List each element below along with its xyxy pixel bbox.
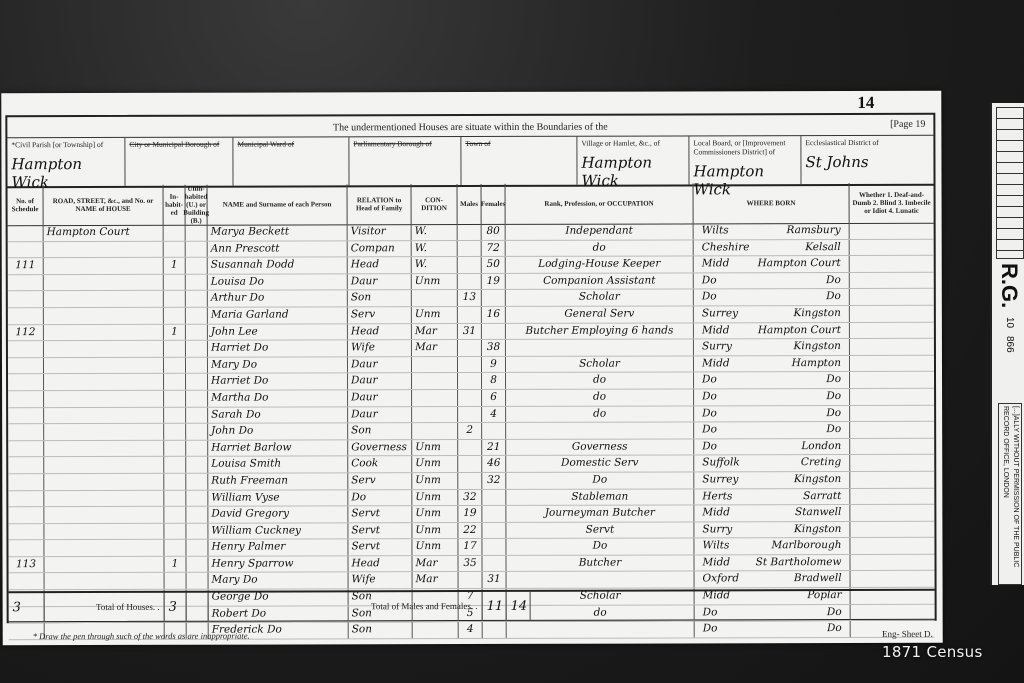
boundary-civil-parish: *Civil Parish [or Township] of Hampton W… — [7, 138, 125, 186]
name-cell: Ann Prescott — [208, 241, 348, 257]
age-male-cell: 32 — [458, 489, 482, 505]
road-cell — [44, 341, 164, 357]
road-cell — [44, 457, 164, 473]
condition-cell: Mar — [412, 324, 458, 340]
col-occupation: Rank, Profession, or OCCUPATION — [506, 183, 694, 223]
age-female-cell — [482, 539, 506, 555]
inhabited-cell — [164, 391, 186, 407]
age-female-cell: 21 — [482, 440, 506, 456]
infirmity-cell — [850, 322, 934, 338]
road-cell — [44, 490, 164, 506]
relation-cell: Governess — [348, 440, 412, 456]
condition-cell: W. — [412, 241, 458, 257]
age-female-cell — [482, 489, 506, 505]
road-cell — [44, 358, 164, 374]
uninhabited-cell — [186, 324, 208, 340]
born-county: Midd — [702, 257, 730, 273]
age-male-cell — [458, 357, 482, 373]
infirmity-cell — [850, 273, 934, 289]
boundary-local-board: Local Board, or [Improvement Commissione… — [689, 136, 801, 184]
infirmity-cell — [850, 356, 934, 372]
occupation-cell: Governess — [506, 439, 694, 455]
born-place: Bradwell — [794, 572, 842, 588]
occupation-cell: Lodging-House Keeper — [506, 257, 694, 273]
schedule-cell: 112 — [8, 325, 44, 341]
infirmity-cell — [850, 372, 934, 388]
age-male-cell — [458, 257, 482, 273]
uninhabited-cell — [186, 341, 208, 357]
born-county: Surrey — [702, 306, 738, 322]
age-female-cell — [483, 622, 507, 638]
infirmity-cell — [850, 239, 934, 255]
born-county: Do — [702, 422, 717, 438]
relation-cell: Head — [348, 556, 412, 572]
where-born-cell: SuffolkCreting — [694, 455, 850, 471]
relation-cell: Compan — [348, 241, 412, 257]
age-female-cell: 80 — [482, 224, 506, 240]
born-county: Midd — [702, 555, 730, 571]
road-cell — [44, 557, 164, 573]
born-place: London — [801, 439, 841, 455]
age-male-cell — [458, 390, 482, 406]
age-female-cell: 8 — [482, 373, 506, 389]
age-male-cell — [458, 224, 482, 240]
sheet-number: 14 — [857, 93, 874, 113]
occupation-cell: Scholar — [506, 290, 694, 306]
where-born-cell: DoDo — [694, 406, 850, 422]
age-male-cell — [458, 274, 482, 290]
born-county: Surrey — [702, 472, 738, 488]
born-county: Oxford — [703, 572, 740, 588]
col-age-males: Males — [458, 184, 482, 224]
condition-cell: Mar — [412, 340, 458, 356]
age-male-cell — [458, 373, 482, 389]
name-cell: Louisa Do — [208, 274, 348, 290]
census-rows: Hampton CourtMarya BeckettVisitorW.80Ind… — [8, 223, 935, 640]
road-cell — [44, 424, 164, 440]
age-female-cell — [482, 290, 506, 306]
schedule-cell — [8, 225, 44, 241]
name-cell: Martha Do — [208, 390, 348, 406]
name-cell: Henry Sparrow — [208, 556, 348, 572]
occupation-cell: Companion Assistant — [506, 273, 694, 289]
occupation-cell: Butcher Employing 6 hands — [506, 323, 694, 339]
inhabited-cell — [164, 275, 186, 291]
schedule-cell — [8, 358, 44, 374]
road-cell — [44, 324, 164, 340]
age-male-cell — [458, 456, 482, 472]
road-cell — [44, 291, 164, 307]
schedule-cell — [8, 457, 44, 473]
col-name: NAME and Surname of each Person — [208, 184, 348, 224]
infirmity-cell — [850, 455, 934, 471]
where-born-cell: DoDo — [694, 389, 850, 405]
inhabited-cell: 1 — [164, 324, 186, 340]
infirmity-cell — [850, 306, 934, 322]
age-male-cell: 2 — [458, 423, 482, 439]
where-born-cell: OxfordBradwell — [695, 571, 851, 587]
inhabited-cell: 1 — [164, 258, 186, 274]
infirmity-cell — [850, 223, 934, 239]
inhabited-cell — [164, 341, 186, 357]
uninhabited-cell — [186, 424, 208, 440]
condition-cell: Unm — [412, 523, 458, 539]
relation-cell: Visitor — [348, 224, 412, 240]
condition-cell: W. — [412, 257, 458, 273]
born-place: Kingston — [793, 306, 840, 322]
uninhabited-cell — [186, 490, 208, 506]
born-county: Midd — [702, 356, 730, 372]
schedule-cell — [8, 540, 44, 556]
inhabited-cell — [164, 357, 186, 373]
where-born-cell: MiddSt Bartholomew — [694, 555, 850, 571]
born-county: Midd — [702, 505, 730, 521]
condition-cell: Unm — [412, 490, 458, 506]
age-female-cell: 19 — [482, 274, 506, 290]
occupation-cell: Domestic Serv — [506, 456, 694, 472]
relation-cell: Daur — [348, 390, 412, 406]
born-place: Do — [826, 422, 841, 438]
relation-cell: Head — [348, 257, 412, 273]
condition-cell — [412, 407, 458, 423]
condition-cell: Mar — [412, 556, 458, 572]
schedule-cell — [8, 408, 44, 424]
where-born-cell: SurreyKingston — [694, 306, 850, 322]
col-road: ROAD, STREET, &c., and No. or NAME of HO… — [44, 185, 164, 225]
infirmity-cell — [850, 521, 934, 537]
schedule-cell — [8, 374, 44, 390]
name-cell: David Gregory — [208, 506, 348, 522]
born-place: Marlborough — [771, 538, 841, 554]
inhabited-cell — [164, 457, 186, 473]
schedule-cell: 111 — [8, 258, 44, 274]
age-male-cell: 13 — [458, 290, 482, 306]
road-cell — [44, 507, 164, 523]
col-relation: RELATION to Head of Family — [348, 184, 412, 224]
infirmity-cell — [850, 505, 934, 521]
infirmity-cell — [851, 571, 935, 587]
name-cell: Ruth Freeman — [208, 473, 348, 489]
footnote: * Draw the pen through such of the words… — [33, 631, 250, 642]
boundary-ecclesiastical: Ecclesiastical District of St Johns — [801, 136, 933, 184]
where-born-cell: WiltsRamsbury — [694, 223, 850, 239]
condition-cell: Unm — [412, 539, 458, 555]
road-cell — [44, 523, 164, 539]
condition-cell — [413, 622, 459, 638]
schedule-cell — [8, 474, 44, 490]
age-female-cell: 6 — [482, 390, 506, 406]
schedule-cell — [8, 275, 44, 291]
occupation-cell: do — [506, 389, 694, 405]
census-page: 14 [Page 19 The undermentioned Houses ar… — [1, 91, 942, 645]
age-female-cell — [482, 523, 506, 539]
born-place: Kelsall — [805, 240, 841, 256]
total-blank — [531, 591, 935, 620]
where-born-cell: MiddHampton — [694, 356, 850, 372]
name-cell: William Cuckney — [208, 523, 348, 539]
condition-cell: Unm — [412, 440, 458, 456]
born-county: Wilts — [702, 539, 729, 555]
boundaries-row: *Civil Parish [or Township] of Hampton W… — [7, 135, 933, 188]
name-cell: Sarah Do — [208, 407, 348, 423]
occupation-cell: Butcher — [506, 555, 694, 571]
occupation-cell: Stableman — [506, 489, 694, 505]
uninhabited-cell — [186, 241, 208, 257]
occupation-cell: do — [506, 373, 694, 389]
inhabited-cell — [164, 540, 186, 556]
inhabited-cell — [164, 523, 186, 539]
col-where-born: WHERE BORN — [694, 183, 850, 223]
name-cell: Marya Beckett — [208, 224, 348, 240]
total-houses-value: 3 — [165, 593, 187, 621]
born-place: Ramsbury — [786, 223, 840, 239]
born-place: Do — [827, 621, 842, 637]
uninhabited-cell — [187, 573, 209, 589]
where-born-cell: SurreyKingston — [694, 472, 850, 488]
uninhabited-cell — [186, 440, 208, 456]
inhabited-cell — [164, 374, 186, 390]
archive-reference: R.G. 10 866 — [996, 263, 1022, 353]
born-place: Do — [826, 389, 841, 405]
born-place: Kingston — [794, 522, 841, 538]
age-male-cell — [458, 407, 482, 423]
name-cell: Harriet Do — [208, 340, 348, 356]
age-male-cell — [458, 440, 482, 456]
born-place: St Bartholomew — [756, 555, 842, 571]
intro-text: The undermentioned Houses are situate wi… — [7, 121, 933, 134]
road-cell — [44, 407, 164, 423]
ruler-scale — [996, 107, 1024, 259]
relation-cell: Daur — [348, 357, 412, 373]
column-headers: No. of Schedule ROAD, STREET, &c., and N… — [8, 183, 934, 226]
uninhabited-cell — [186, 374, 208, 390]
occupation-cell: Servt — [506, 522, 694, 538]
where-born-cell: DoDo — [694, 422, 850, 438]
occupation-cell: Do — [506, 539, 694, 555]
occupation-cell: Journeyman Butcher — [506, 506, 694, 522]
inhabited-cell — [165, 573, 187, 589]
name-cell: Maria Garland — [208, 307, 348, 323]
born-place: Kingston — [794, 339, 841, 355]
born-county: Surry — [702, 339, 732, 355]
inhabited-cell — [164, 291, 186, 307]
schedule-cell — [8, 491, 44, 507]
total-houses-label: Total of Houses. . — [45, 593, 165, 621]
age-female-cell — [482, 323, 506, 339]
relation-cell: Serv — [348, 473, 412, 489]
condition-cell: Unm — [412, 274, 458, 290]
name-cell: Mary Do — [208, 357, 348, 373]
col-infirmity: Whether 1. Deaf-and-Dumb 2. Blind 3. Imb… — [850, 183, 934, 223]
condition-cell — [412, 373, 458, 389]
age-male-cell — [459, 572, 483, 588]
name-cell: Arthur Do — [208, 291, 348, 307]
age-male-cell — [458, 241, 482, 257]
name-cell: John Lee — [208, 324, 348, 340]
schedule-cell: 113 — [8, 557, 44, 573]
age-male-cell — [458, 307, 482, 323]
total-females: 14 — [507, 592, 531, 620]
infirmity-cell — [850, 538, 934, 554]
condition-cell: Unm — [412, 506, 458, 522]
inhabited-cell: 1 — [164, 557, 186, 573]
occupation-cell — [507, 622, 695, 638]
born-place: Sarratt — [803, 489, 841, 505]
schedule-cell — [8, 291, 44, 307]
born-place: Do — [826, 273, 841, 289]
born-place: Stanwell — [795, 505, 841, 521]
relation-cell: Servt — [348, 506, 412, 522]
inhabited-cell — [164, 507, 186, 523]
age-female-cell — [482, 423, 506, 439]
born-county: Do — [702, 273, 717, 289]
born-county: Surry — [702, 522, 732, 538]
relation-cell: Daur — [348, 374, 412, 390]
born-county: Do — [702, 290, 717, 306]
condition-cell — [412, 390, 458, 406]
image-caption: 1871 Census — [882, 643, 983, 661]
age-female-cell: 4 — [482, 406, 506, 422]
inhabited-cell — [164, 308, 186, 324]
schedule-cell — [9, 574, 45, 590]
born-place: Creting — [801, 455, 841, 471]
total-males: 11 — [483, 592, 507, 620]
road-cell — [44, 540, 164, 556]
born-county: Do — [703, 622, 718, 638]
total-uninhabited — [187, 593, 209, 621]
born-place: Do — [826, 372, 841, 388]
census-form: [Page 19 The undermentioned Houses are s… — [5, 113, 936, 623]
where-born-cell: HertsSarratt — [694, 489, 850, 505]
age-female-cell: 9 — [482, 357, 506, 373]
relation-cell: Servt — [348, 523, 412, 539]
road-cell — [44, 308, 164, 324]
schedule-cell — [8, 391, 44, 407]
inhabited-cell — [164, 440, 186, 456]
age-male-cell: 17 — [458, 539, 482, 555]
born-county: Do — [702, 406, 717, 422]
occupation-cell — [507, 572, 695, 588]
age-female-cell — [482, 556, 506, 572]
condition-cell — [412, 290, 458, 306]
age-male-cell — [458, 340, 482, 356]
relation-cell: Serv — [348, 307, 412, 323]
totals-row: 3 Total of Houses. . 3 Total of Males an… — [9, 589, 935, 621]
relation-cell: Daur — [348, 407, 412, 423]
boundary-village: Village or Hamlet, &c., of Hampton Wick — [577, 136, 689, 184]
copyright-notice: [...]ALLY WITHOUT PERMISSION OF THE PUBL… — [998, 403, 1022, 585]
age-female-cell: 50 — [482, 257, 506, 273]
total-schedules: 3 — [9, 593, 45, 621]
name-cell: Henry Palmer — [208, 540, 348, 556]
age-male-cell: 19 — [458, 506, 482, 522]
uninhabited-cell — [186, 391, 208, 407]
relation-cell: Son — [349, 622, 413, 638]
relation-cell: Cook — [348, 456, 412, 472]
infirmity-cell — [850, 389, 934, 405]
condition-cell: Unm — [412, 307, 458, 323]
condition-cell: Unm — [412, 473, 458, 489]
col-age-females: Females — [482, 184, 506, 224]
relation-cell: Servt — [348, 539, 412, 555]
where-born-cell: SurryKingston — [694, 522, 850, 538]
infirmity-cell — [850, 555, 934, 571]
where-born-cell: DoLondon — [694, 439, 850, 455]
where-born-cell: MiddHampton Court — [694, 323, 850, 339]
relation-cell: Do — [348, 490, 412, 506]
where-born-cell: DoDo — [694, 372, 850, 388]
age-male-cell: 31 — [458, 324, 482, 340]
inhabited-cell — [164, 490, 186, 506]
relation-cell: Head — [348, 324, 412, 340]
where-born-cell: DoDo — [694, 273, 850, 289]
where-born-cell: DoDo — [695, 621, 851, 637]
infirmity-cell — [850, 488, 934, 504]
archive-reference-tag: R.G. 10 866 [...]ALLY WITHOUT PERMISSION… — [990, 103, 1024, 585]
born-place: Hampton Court — [758, 256, 841, 272]
name-cell: Louisa Smith — [208, 457, 348, 473]
name-cell: Harriet Barlow — [208, 440, 348, 456]
age-male-cell — [458, 473, 482, 489]
col-condition: CON-DITION — [412, 184, 458, 224]
uninhabited-cell — [186, 225, 208, 241]
where-born-cell: MiddStanwell — [694, 505, 850, 521]
age-female-cell: 46 — [482, 456, 506, 472]
uninhabited-cell — [186, 523, 208, 539]
born-place: Do — [826, 289, 841, 305]
relation-cell: Son — [348, 291, 412, 307]
road-cell — [44, 374, 164, 390]
occupation-cell: do — [506, 240, 694, 256]
relation-cell: Wife — [348, 340, 412, 356]
name-cell: Harriet Do — [208, 374, 348, 390]
age-female-cell — [482, 506, 506, 522]
condition-cell — [412, 357, 458, 373]
infirmity-cell — [850, 339, 934, 355]
col-uninhabited: Unin-habited (U.) or Building (B.) — [186, 185, 208, 225]
schedule-cell — [8, 424, 44, 440]
born-county: Suffolk — [702, 456, 739, 472]
relation-cell: Wife — [349, 573, 413, 589]
age-female-cell: 16 — [482, 307, 506, 323]
condition-cell: W. — [412, 224, 458, 240]
inhabited-cell — [164, 424, 186, 440]
inhabited-cell — [164, 474, 186, 490]
age-female-cell: 32 — [482, 473, 506, 489]
condition-cell: Unm — [412, 456, 458, 472]
uninhabited-cell — [186, 274, 208, 290]
uninhabited-cell — [186, 457, 208, 473]
where-born-cell: CheshireKelsall — [694, 240, 850, 256]
uninhabited-cell — [186, 308, 208, 324]
where-born-cell: SurryKingston — [694, 339, 850, 355]
born-place: Hampton — [792, 356, 841, 372]
uninhabited-cell — [186, 557, 208, 573]
age-male-cell: 4 — [459, 622, 483, 638]
age-male-cell: 22 — [458, 523, 482, 539]
uninhabited-cell — [186, 291, 208, 307]
infirmity-cell — [850, 422, 934, 438]
born-county: Do — [702, 389, 717, 405]
condition-cell — [412, 423, 458, 439]
infirmity-cell — [850, 289, 934, 305]
road-cell — [44, 441, 164, 457]
age-female-cell: 31 — [483, 572, 507, 588]
relation-cell: Son — [348, 423, 412, 439]
infirmity-cell — [850, 405, 934, 421]
uninhabited-cell — [186, 507, 208, 523]
uninhabited-cell — [186, 540, 208, 556]
